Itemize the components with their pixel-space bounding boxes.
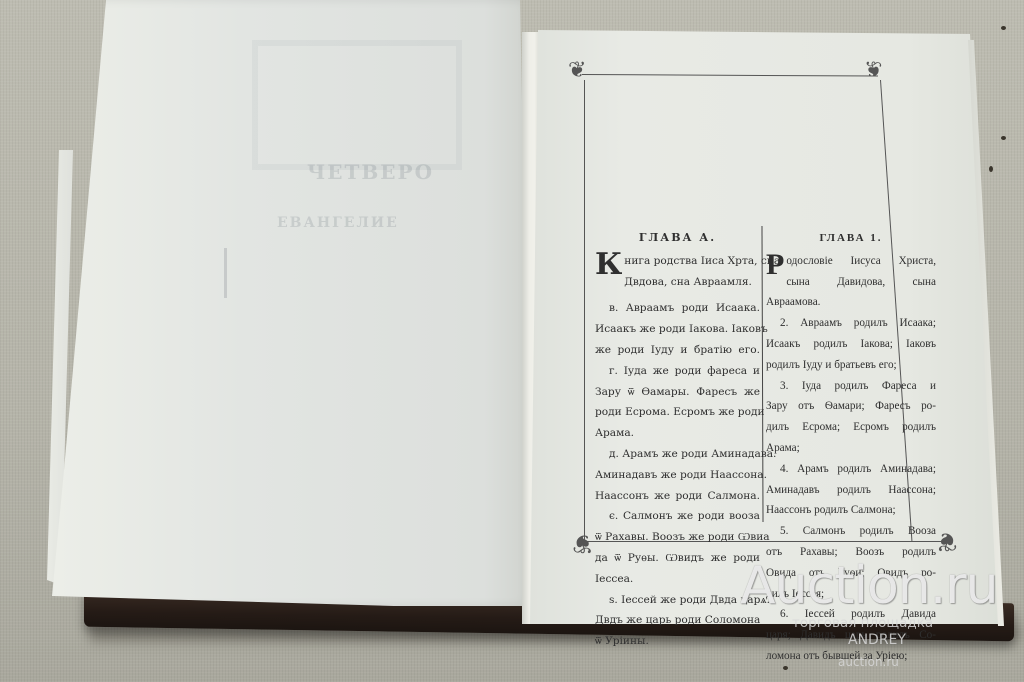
watermark-subtitle: торговая площадка: [792, 615, 933, 631]
watermark-brand: Auction.ru: [740, 556, 998, 616]
ornament-top-left-icon: ❦: [568, 60, 586, 82]
text-line: Наассонъ же роди Салмона.: [595, 486, 760, 507]
text-line: Двдъ же царь роди Соломона: [595, 610, 760, 631]
ghost-heading: ЧЕТВЕРО: [307, 160, 434, 184]
text-line: Исаакъ родилъ Іакова; Іаковъ: [766, 334, 936, 355]
table-speck: [989, 166, 993, 172]
text-line: г. Іуда же роди фареса и: [595, 361, 760, 382]
text-line: ѕ. Іессей же роди Двда царѧ.: [595, 590, 760, 611]
text-line: є. Салмонъ же роди вооза: [595, 506, 760, 527]
text-line: роди Есрома. Есромъ же роди: [595, 402, 760, 423]
text-line: 3. Іуда родилъ Фареса и: [766, 376, 936, 397]
text-line: 4. Арамъ родилъ Аминадава;: [766, 459, 936, 480]
text-line: Исаакъ же роди Іакова. Іаковъ: [595, 319, 760, 340]
slavonic-dropcap: К: [595, 251, 622, 279]
table-speck: [1001, 136, 1006, 140]
text-line: ѿ Рахавы. Воозъ же роди Ѡвиа: [595, 527, 760, 548]
text-line: Арама.: [595, 423, 760, 444]
text-line: Зару отъ Ѳамари; Фаресъ ро-: [766, 396, 936, 417]
text-line: ѿ Уріины.: [595, 631, 760, 652]
text-line: Арама;: [766, 438, 936, 459]
table-speck: [1001, 26, 1006, 30]
watermark-site: auction.ru: [838, 655, 899, 669]
ghost-frame: [252, 40, 462, 170]
russian-heading: ГЛАВА 1.: [766, 228, 936, 249]
text-line: Аминадавъ же роди Наассона.: [595, 465, 760, 486]
ornament-bottom-right-icon: ❦: [936, 528, 958, 554]
text-line: в. Авраамъ роди Исаака.: [595, 298, 760, 319]
text-line: одословіе Іисуса Христа,: [766, 251, 936, 272]
ornament-top-right-icon: ❦: [864, 60, 882, 82]
text-line: д. Арамъ же роди Аминадава.: [595, 444, 760, 465]
text-line: Авраамова.: [766, 292, 936, 313]
ghost-text: ЕВАНГЕЛИЕ: [277, 215, 399, 231]
frame-left-border: [584, 80, 585, 540]
text-line: сына Давидова, сына: [766, 272, 936, 293]
text-line: 5. Салмонъ родилъ Вооза: [766, 521, 936, 542]
text-line: дилъ Есрома; Есромъ родилъ: [766, 417, 936, 438]
text-line: Зару ѿ Ѳамары. Фаресъ же: [595, 382, 760, 403]
text-line: родилъ Іуду и братьевъ его;: [766, 355, 936, 376]
text-line: Наассонъ родилъ Салмона;: [766, 500, 936, 521]
text-line: Аминадавъ родилъ Наассона;: [766, 480, 936, 501]
slavonic-text: К нига родства Іиса Хрта, сна Двдова, сн…: [595, 251, 760, 652]
text-line: 2. Авраамъ родилъ Исаака;: [766, 313, 936, 334]
slavonic-column: ГЛАВА А. К нига родства Іиса Хрта, сна Д…: [595, 228, 760, 652]
text-line: же роди Іуду и братію его.: [595, 340, 760, 361]
slavonic-heading: ГЛАВА А.: [595, 228, 760, 249]
ornament-bottom-left-icon: ❦: [572, 530, 594, 556]
text-line: да ѿ Руѳы. Ѡвидъ же роди: [595, 548, 760, 569]
russian-dropcap: Р: [766, 251, 784, 279]
ghost-bar: [224, 248, 227, 298]
text-line: Іессеа.: [595, 569, 760, 590]
watermark-seller: ANDREY: [848, 632, 906, 648]
left-page: ЧЕТВЕРО ЕВАНГЕЛИЕ: [52, 0, 532, 606]
